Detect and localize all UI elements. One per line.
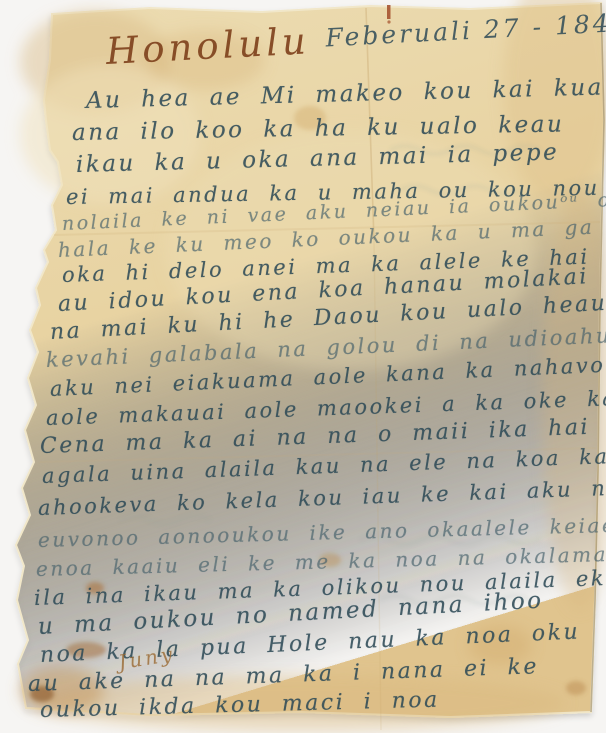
scanned-letter-page: HonoluluFeberuali 27 - 1846 Au hea ae Mi… [0,0,606,733]
